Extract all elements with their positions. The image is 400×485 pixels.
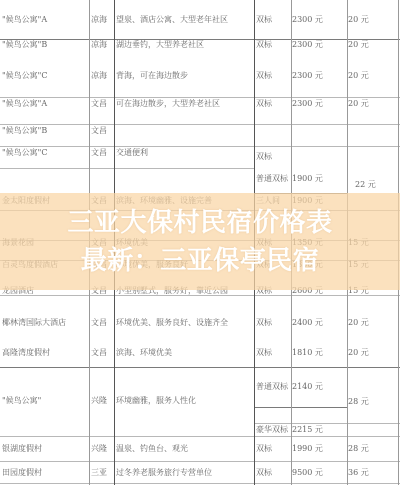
cell-room-type: 双标 — [256, 15, 272, 25]
cell-feature: 湖边垂钓，大型养老社区 — [116, 40, 204, 50]
cell-room-type: 双标 — [256, 444, 272, 454]
cell-price: 2300 元 — [292, 40, 323, 50]
banner-title-line-2: 最新：三亚保亭民宿 — [0, 245, 400, 277]
cell-feature: 可在海边散步，大型养老社区 — [116, 99, 220, 109]
cell-extra: 20 元 — [348, 71, 369, 81]
row-divider — [0, 168, 255, 169]
cell-area: 凉海 — [91, 40, 107, 50]
cell-name: 椰林湾国际大酒店 — [2, 318, 66, 328]
cell-feature: 环境幽雅，服务人性化 — [116, 396, 196, 406]
cell-extra: 28 元 — [348, 397, 369, 407]
cell-area: 文昌 — [91, 318, 107, 328]
cell-room-type: 双标 — [256, 152, 272, 162]
cell-room-type: 双标 — [256, 40, 272, 50]
cell-area: 文昌 — [91, 126, 107, 136]
cell-room-type: 双标 — [256, 99, 272, 109]
cell-area: 兴隆 — [91, 396, 107, 406]
cell-extra: 20 元 — [348, 15, 369, 25]
cell-price: 2300 元 — [292, 99, 323, 109]
cell-price: 9500 元 — [292, 468, 323, 478]
cell-price: 1990 元 — [292, 444, 323, 454]
cell-extra: 22 元 — [355, 180, 376, 190]
cell-area: 凉海 — [91, 71, 107, 81]
cell-room-type: 普通双标 — [256, 382, 288, 392]
cell-feature: 交通便利 — [116, 148, 148, 158]
cell-feature: 温泉、钓鱼台、观光 — [116, 444, 188, 454]
row-divider — [255, 423, 400, 424]
cell-name: 田园度假村 — [2, 468, 42, 478]
cell-name: "候鸟公寓"C — [2, 71, 47, 81]
cell-area: 文昌 — [91, 148, 107, 158]
cell-room-type: 双标 — [256, 468, 272, 478]
cell-feature: 过冬养老服务旅行专营单位 — [116, 468, 212, 478]
cell-extra: 28 元 — [348, 444, 369, 454]
cell-extra: 20 元 — [348, 318, 369, 328]
cell-room-type: 双标 — [256, 318, 272, 328]
row-divider — [0, 367, 400, 368]
cell-room-type: 普通双标 — [256, 174, 288, 184]
cell-name: "候鸟公寓"A — [2, 99, 47, 109]
banner-title-line-1: 三亚大保村民宿价格表 — [0, 207, 400, 239]
cell-area: 文昌 — [91, 99, 107, 109]
cell-price: 2400 元 — [292, 318, 323, 328]
cell-area: 三亚 — [91, 468, 107, 478]
cell-room-type: 豪华双标 — [256, 425, 288, 435]
cell-price: 2300 元 — [292, 71, 323, 81]
cell-price: 1900 元 — [292, 174, 323, 184]
cell-extra: 20 元 — [348, 99, 369, 109]
cell-price: 2300 元 — [292, 15, 323, 25]
row-divider — [0, 483, 400, 484]
cell-price: 2215 元 — [292, 425, 323, 435]
row-divider — [255, 407, 348, 408]
cell-name: 银湖度假村 — [2, 444, 42, 454]
cell-price: 1810 元 — [292, 348, 323, 358]
cell-area: 凉海 — [91, 15, 107, 25]
cell-extra: 36 元 — [348, 468, 369, 478]
cell-price: 2140 元 — [292, 382, 323, 392]
cell-name: 高隆湾度假村 — [2, 348, 50, 358]
cell-extra: 20 元 — [348, 348, 369, 358]
cell-name: "候鸟公寓"B — [2, 40, 47, 50]
row-divider — [0, 124, 400, 125]
cell-feature: 望泉、酒店公寓、大型老年社区 — [116, 15, 228, 25]
cell-room-type: 双标 — [256, 348, 272, 358]
cell-feature: 滨海、环境优美 — [116, 348, 172, 358]
cell-extra: 20 元 — [348, 40, 369, 50]
row-divider — [0, 461, 400, 462]
cell-name: "候鸟公寓" — [2, 396, 41, 406]
cell-name: "候鸟公寓"C — [2, 148, 47, 158]
row-divider — [0, 146, 400, 147]
cell-area: 文昌 — [91, 348, 107, 358]
cell-name: "候鸟公寓"A — [2, 15, 47, 25]
cell-feature: 背海，可在海边散步 — [116, 71, 188, 81]
cell-name: "候鸟公寓"B — [2, 126, 47, 136]
row-divider — [0, 97, 400, 98]
cell-feature: 环境优美、服务良好、设施齐全 — [116, 318, 228, 328]
cell-area: 兴隆 — [91, 444, 107, 454]
cell-room-type: 双标 — [256, 71, 272, 81]
row-divider — [0, 436, 400, 437]
